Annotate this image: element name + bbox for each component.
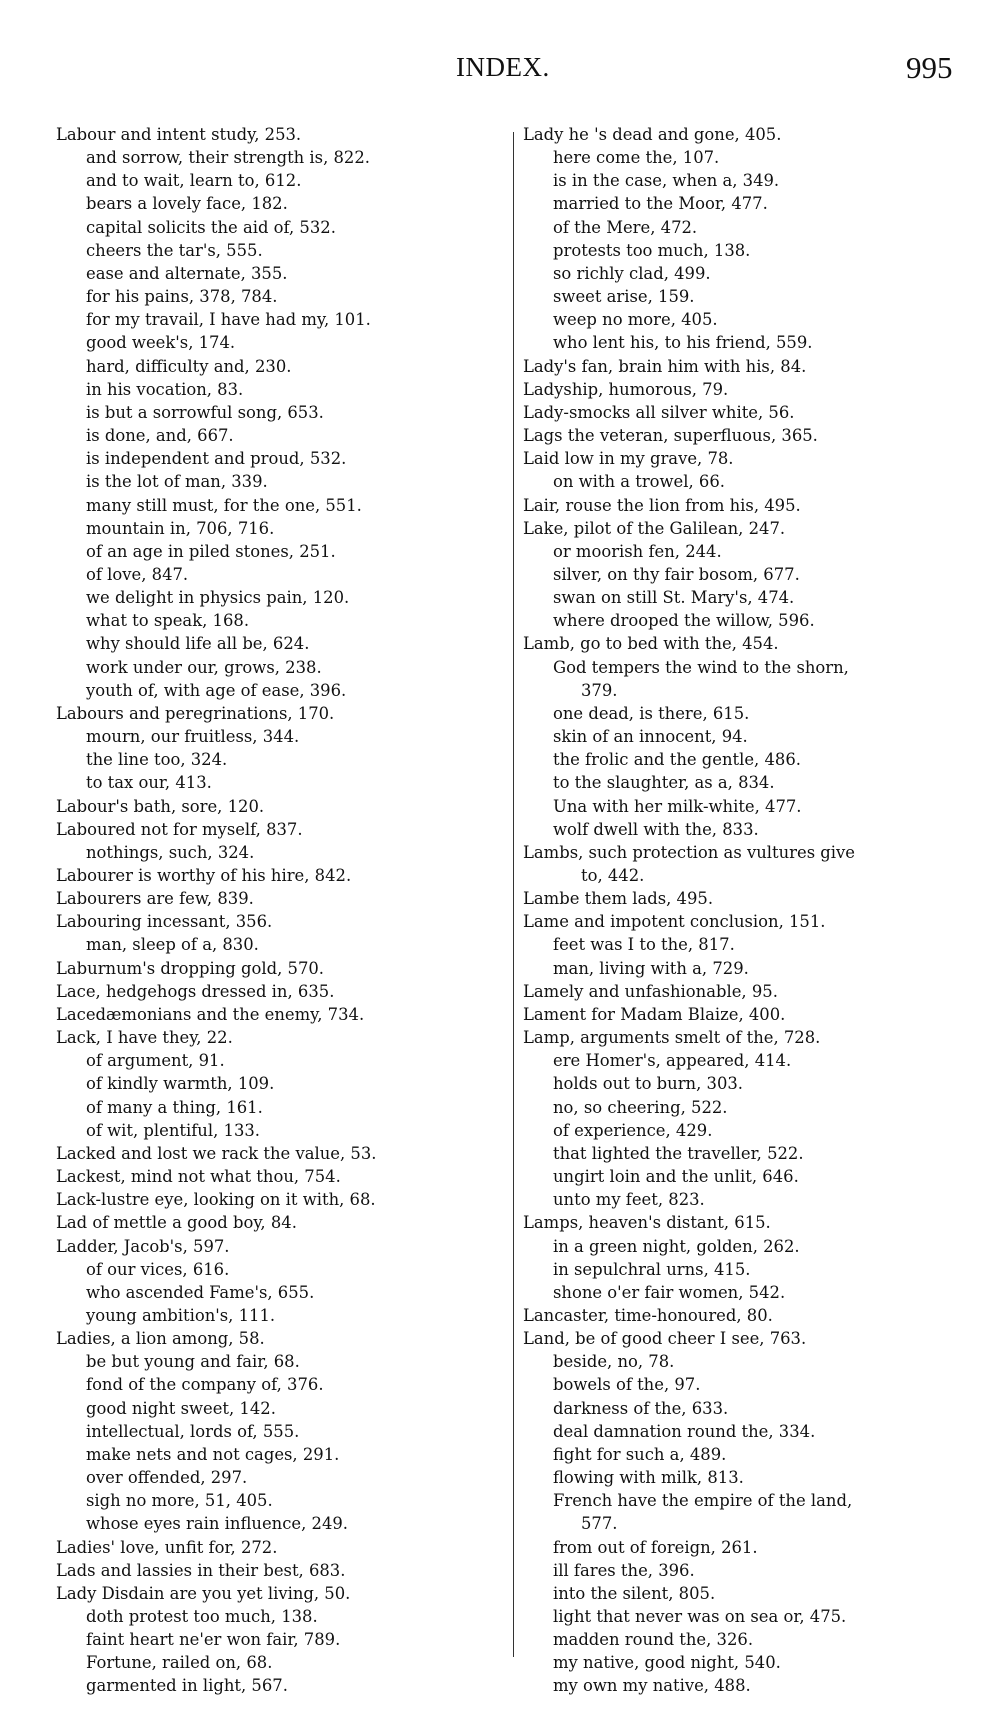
index-subentry: on with a trowel, 66. [523, 470, 973, 493]
index-entry: Laboured not for myself, 837. [56, 818, 496, 841]
index-subentry: here come the, 107. [523, 146, 973, 169]
index-entry: Lace, hedgehogs dressed in, 635. [56, 980, 496, 1003]
index-entry: Lamely and unfashionable, 95. [523, 980, 973, 1003]
index-subentry: of our vices, 616. [56, 1258, 496, 1281]
index-subentry: holds out to burn, 303. [523, 1072, 973, 1095]
index-subentry: weep no more, 405. [523, 308, 973, 331]
index-subentry: who ascended Fame's, 655. [56, 1281, 496, 1304]
index-entry: Lamp, arguments smelt of the, 728. [523, 1026, 973, 1049]
index-subentry: protests too much, 138. [523, 239, 973, 262]
index-subentry: the line too, 324. [56, 748, 496, 771]
index-entry-continuation: 379. [523, 679, 973, 702]
index-entry: Labourer is worthy of his hire, 842. [56, 864, 496, 887]
column-divider [513, 132, 514, 1657]
index-entry: Lame and impotent conclusion, 151. [523, 910, 973, 933]
index-subentry: so richly clad, 499. [523, 262, 973, 285]
index-subentry: swan on still St. Mary's, 474. [523, 586, 973, 609]
index-subentry: whose eyes rain influence, 249. [56, 1512, 496, 1535]
index-entry: Lady he 's dead and gone, 405. [523, 123, 973, 146]
running-title: INDEX. [456, 52, 550, 83]
index-subentry: to the slaughter, as a, 834. [523, 771, 973, 794]
index-subentry: who lent his, to his friend, 559. [523, 331, 973, 354]
index-subentry: sigh no more, 51, 405. [56, 1489, 496, 1512]
index-entry: Land, be of good cheer I see, 763. [523, 1327, 973, 1350]
index-entry: Labours and peregrinations, 170. [56, 702, 496, 725]
index-subentry: skin of an innocent, 94. [523, 725, 973, 748]
index-subentry: fond of the company of, 376. [56, 1373, 496, 1396]
index-subentry: nothings, such, 324. [56, 841, 496, 864]
index-subentry: why should life all be, 624. [56, 632, 496, 655]
index-subentry: and to wait, learn to, 612. [56, 169, 496, 192]
index-subentry: mountain in, 706, 716. [56, 517, 496, 540]
index-entry-continuation: 577. [523, 1512, 973, 1535]
index-entry: Ladies' love, unfit for, 272. [56, 1536, 496, 1559]
index-subentry: hard, difficulty and, 230. [56, 355, 496, 378]
index-subentry: where drooped the willow, 596. [523, 609, 973, 632]
index-subentry: is the lot of man, 339. [56, 470, 496, 493]
index-subentry: my native, good night, 540. [523, 1651, 973, 1674]
index-subentry: beside, no, 78. [523, 1350, 973, 1373]
index-subentry: ungirt loin and the unlit, 646. [523, 1165, 973, 1188]
index-subentry: bowels of the, 97. [523, 1373, 973, 1396]
index-entry: Laid low in my grave, 78. [523, 447, 973, 470]
index-subentry: many still must, for the one, 551. [56, 494, 496, 517]
index-subentry: Una with her milk-white, 477. [523, 795, 973, 818]
index-subentry: of many a thing, 161. [56, 1096, 496, 1119]
index-subentry: what to speak, 168. [56, 609, 496, 632]
index-subentry: silver, on thy fair bosom, 677. [523, 563, 973, 586]
index-subentry: for his pains, 378, 784. [56, 285, 496, 308]
index-subentry: be but young and fair, 68. [56, 1350, 496, 1373]
index-column-right: Lady he 's dead and gone, 405.here come … [523, 123, 973, 1698]
index-subentry: of the Mere, 472. [523, 216, 973, 239]
index-subentry: in a green night, golden, 262. [523, 1235, 973, 1258]
index-entry: Labourers are few, 839. [56, 887, 496, 910]
index-entry: Lair, rouse the lion from his, 495. [523, 494, 973, 517]
index-entry: Lancaster, time-honoured, 80. [523, 1304, 973, 1327]
index-subentry: young ambition's, 111. [56, 1304, 496, 1327]
index-entry: Lamps, heaven's distant, 615. [523, 1211, 973, 1234]
index-entry: Ladies, a lion among, 58. [56, 1327, 496, 1350]
index-entry: Lament for Madam Blaize, 400. [523, 1003, 973, 1026]
index-subentry: for my travail, I have had my, 101. [56, 308, 496, 331]
index-entry: Lad of mettle a good boy, 84. [56, 1211, 496, 1234]
index-subentry: of argument, 91. [56, 1049, 496, 1072]
index-entry: Lady-smocks all silver white, 56. [523, 401, 973, 424]
index-subentry: of experience, 429. [523, 1119, 973, 1142]
index-subentry: deal damnation round the, 334. [523, 1420, 973, 1443]
index-entry: Lacedæmonians and the enemy, 734. [56, 1003, 496, 1026]
index-entry: Lacked and lost we rack the value, 53. [56, 1142, 496, 1165]
index-subentry: sweet arise, 159. [523, 285, 973, 308]
index-subentry: madden round the, 326. [523, 1628, 973, 1651]
index-subentry: of kindly warmth, 109. [56, 1072, 496, 1095]
index-subentry: married to the Moor, 477. [523, 192, 973, 215]
index-subentry: good night sweet, 142. [56, 1397, 496, 1420]
index-subentry: in his vocation, 83. [56, 378, 496, 401]
index-subentry: darkness of the, 633. [523, 1397, 973, 1420]
index-subentry: ease and alternate, 355. [56, 262, 496, 285]
index-subentry: garmented in light, 567. [56, 1674, 496, 1697]
index-subentry: capital solicits the aid of, 532. [56, 216, 496, 239]
page-header: INDEX. 995 [0, 52, 1000, 92]
index-subentry: and sorrow, their strength is, 822. [56, 146, 496, 169]
index-subentry: man, sleep of a, 830. [56, 933, 496, 956]
index-subentry: mourn, our fruitless, 344. [56, 725, 496, 748]
index-subentry: bears a lovely face, 182. [56, 192, 496, 215]
index-subentry: we delight in physics pain, 120. [56, 586, 496, 609]
index-entry: Labour and intent study, 253. [56, 123, 496, 146]
index-subentry: is in the case, when a, 349. [523, 169, 973, 192]
index-subentry: ill fares the, 396. [523, 1559, 973, 1582]
index-subentry: God tempers the wind to the shorn, [523, 656, 973, 679]
index-entry: Lack-lustre eye, looking on it with, 68. [56, 1188, 496, 1211]
index-subentry: flowing with milk, 813. [523, 1466, 973, 1489]
index-entry: Ladder, Jacob's, 597. [56, 1235, 496, 1258]
index-entry: Lads and lassies in their best, 683. [56, 1559, 496, 1582]
index-subentry: is but a sorrowful song, 653. [56, 401, 496, 424]
index-entry: Lambe them lads, 495. [523, 887, 973, 910]
index-subentry: no, so cheering, 522. [523, 1096, 973, 1119]
index-subentry: the frolic and the gentle, 486. [523, 748, 973, 771]
index-entry: Lags the veteran, superfluous, 365. [523, 424, 973, 447]
index-column-left: Labour and intent study, 253.and sorrow,… [56, 123, 496, 1698]
index-subentry: shone o'er fair women, 542. [523, 1281, 973, 1304]
index-subentry: youth of, with age of ease, 396. [56, 679, 496, 702]
index-entry: Labour's bath, sore, 120. [56, 795, 496, 818]
index-subentry: intellectual, lords of, 555. [56, 1420, 496, 1443]
index-subentry: or moorish fen, 244. [523, 540, 973, 563]
index-subentry: is independent and proud, 532. [56, 447, 496, 470]
index-subentry: to tax our, 413. [56, 771, 496, 794]
index-subentry: of love, 847. [56, 563, 496, 586]
index-entry: Lake, pilot of the Galilean, 247. [523, 517, 973, 540]
index-entry-continuation: to, 442. [523, 864, 973, 887]
index-subentry: faint heart ne'er won fair, 789. [56, 1628, 496, 1651]
index-subentry: into the silent, 805. [523, 1582, 973, 1605]
index-subentry: cheers the tar's, 555. [56, 239, 496, 262]
index-subentry: over offended, 297. [56, 1466, 496, 1489]
index-entry: Lady Disdain are you yet living, 50. [56, 1582, 496, 1605]
index-subentry: ere Homer's, appeared, 414. [523, 1049, 973, 1072]
index-subentry: Fortune, railed on, 68. [56, 1651, 496, 1674]
index-entry: Ladyship, humorous, 79. [523, 378, 973, 401]
index-entry: Laburnum's dropping gold, 570. [56, 957, 496, 980]
index-subentry: from out of foreign, 261. [523, 1536, 973, 1559]
index-subentry: work under our, grows, 238. [56, 656, 496, 679]
index-subentry: is done, and, 667. [56, 424, 496, 447]
index-subentry: make nets and not cages, 291. [56, 1443, 496, 1466]
index-entry: Lack, I have they, 22. [56, 1026, 496, 1049]
index-subentry: unto my feet, 823. [523, 1188, 973, 1211]
index-subentry: in sepulchral urns, 415. [523, 1258, 973, 1281]
index-subentry: feet was I to the, 817. [523, 933, 973, 956]
index-subentry: French have the empire of the land, [523, 1489, 973, 1512]
index-subentry: of an age in piled stones, 251. [56, 540, 496, 563]
index-subentry: good week's, 174. [56, 331, 496, 354]
index-subentry: man, living with a, 729. [523, 957, 973, 980]
index-entry: Lackest, mind not what thou, 754. [56, 1165, 496, 1188]
index-subentry: fight for such a, 489. [523, 1443, 973, 1466]
index-entry: Lambs, such protection as vultures give [523, 841, 973, 864]
page-number: 995 [906, 50, 953, 86]
index-entry: Lamb, go to bed with the, 454. [523, 632, 973, 655]
index-entry: Labouring incessant, 356. [56, 910, 496, 933]
index-subentry: wolf dwell with the, 833. [523, 818, 973, 841]
index-subentry: of wit, plentiful, 133. [56, 1119, 496, 1142]
index-subentry: one dead, is there, 615. [523, 702, 973, 725]
index-subentry: doth protest too much, 138. [56, 1605, 496, 1628]
index-subentry: my own my native, 488. [523, 1674, 973, 1697]
index-subentry: light that never was on sea or, 475. [523, 1605, 973, 1628]
index-entry: Lady's fan, brain him with his, 84. [523, 355, 973, 378]
index-subentry: that lighted the traveller, 522. [523, 1142, 973, 1165]
